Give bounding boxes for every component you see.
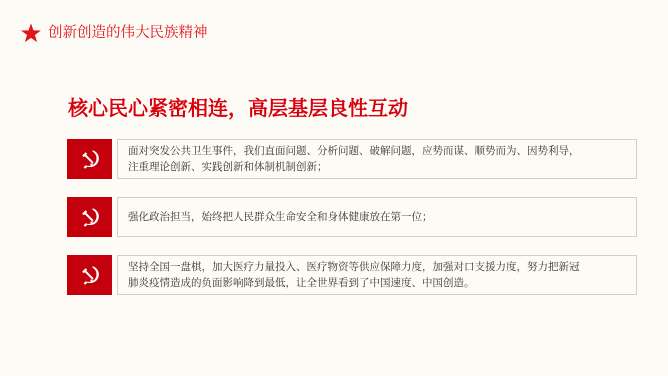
badge [67, 139, 112, 179]
list-item: 面对突发公共卫生事件，我们直面问题、分析问题、破解问题，应势而谋、顺势而为、因势… [67, 139, 627, 179]
item-text-line: 注重理论创新、实践创新和体制机制创新； [128, 159, 636, 175]
section-title: 创新创造的伟大民族精神 [48, 22, 208, 44]
hammer-sickle-icon [78, 205, 102, 229]
text-box: 面对突发公共卫生事件，我们直面问题、分析问题、破解问题，应势而谋、顺势而为、因势… [117, 139, 637, 179]
badge [67, 197, 112, 237]
list-item: 强化政治担当，始终把人民群众生命安全和身体健康放在第一位； [67, 197, 627, 237]
item-text-line: 坚持全国一盘棋，加大医疗力量投入、医疗物资等供应保障力度，加强对口支援力度，努力… [128, 259, 636, 275]
page-title: 核心民心紧密相连，高层基层良性互动 [68, 93, 408, 123]
item-text-line: 肺炎疫情造成的负面影响降到最低，让全世界看到了中国速度、中国创造。 [128, 275, 636, 291]
slide-header: 创新创造的伟大民族精神 [20, 22, 208, 44]
text-box: 强化政治担当，始终把人民群众生命安全和身体健康放在第一位； [117, 197, 637, 237]
item-text-line: 面对突发公共卫生事件，我们直面问题、分析问题、破解问题，应势而谋、顺势而为、因势… [128, 143, 636, 159]
hammer-sickle-icon [78, 263, 102, 287]
item-text-line: 强化政治担当，始终把人民群众生命安全和身体健康放在第一位； [128, 209, 636, 225]
text-box: 坚持全国一盘棋，加大医疗力量投入、医疗物资等供应保障力度，加强对口支援力度，努力… [117, 255, 637, 295]
hammer-sickle-icon [78, 147, 102, 171]
star-icon [20, 22, 42, 44]
list-item: 坚持全国一盘棋，加大医疗力量投入、医疗物资等供应保障力度，加强对口支援力度，努力… [67, 255, 627, 295]
badge [67, 255, 112, 295]
